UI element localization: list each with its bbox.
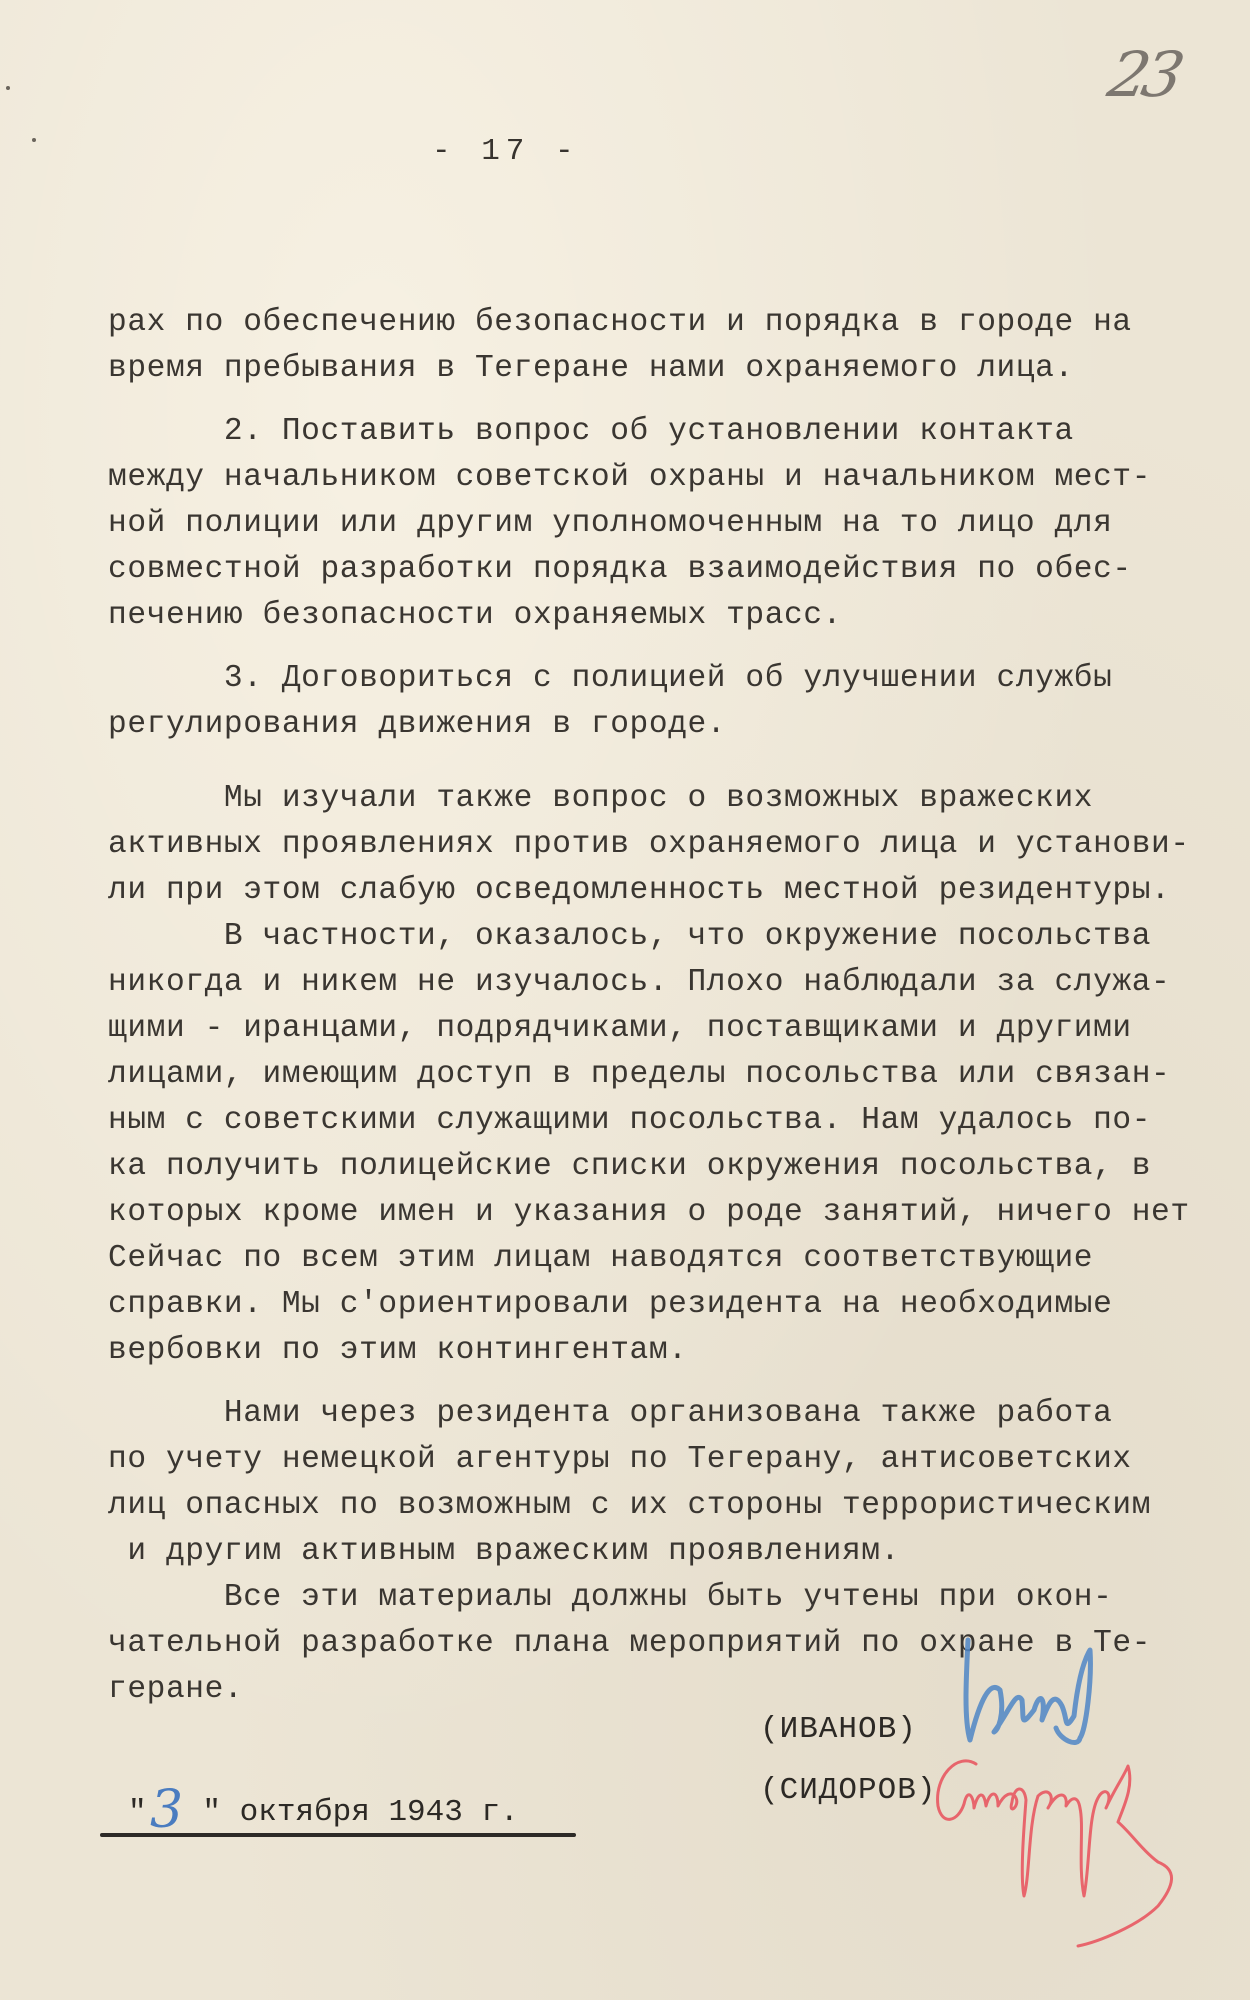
typed-name-ivanov: (ИВАНОВ) xyxy=(760,1712,917,1747)
signature-sidorov xyxy=(928,1746,1228,1936)
text-line: регулирования движения в городе. xyxy=(108,705,726,745)
date-underline xyxy=(100,1833,576,1837)
text-line: Нами через резидента организована также … xyxy=(108,1394,1112,1434)
text-line: рах по обеспечению безопасности и порядк… xyxy=(108,303,1132,343)
text-line: печению безопасности охраняемых трасс. xyxy=(108,596,842,636)
text-line: по учету немецкой агентуры по Тегерану, … xyxy=(108,1440,1132,1480)
text-line: геране. xyxy=(108,1670,243,1710)
margin-speck xyxy=(32,138,36,142)
text-line: 3. Договориться с полицией об улучшении … xyxy=(108,659,1112,699)
text-line: активных проявлениях против охраняемого … xyxy=(108,825,1190,865)
text-line: Мы изучали также вопрос о возможных враж… xyxy=(108,779,1093,819)
text-line: которых кроме имен и указания о роде зан… xyxy=(108,1193,1190,1233)
document-page: 23 - 17 - рах по обеспечению безопасност… xyxy=(0,0,1250,2000)
text-line: вербовки по этим контингентам. xyxy=(108,1331,687,1371)
text-line: Все эти материалы должны быть учтены при… xyxy=(108,1578,1112,1618)
text-line: Сейчас по всем этим лицам наводятся соот… xyxy=(108,1239,1093,1279)
text-line: ка получить полицейские списки окружения… xyxy=(108,1147,1151,1187)
text-line: ной полиции или другим уполномоченным на… xyxy=(108,504,1112,544)
text-line: между начальником советской охраны и нач… xyxy=(108,458,1151,498)
document-date: " " октября 1943 г. xyxy=(128,1795,519,1830)
text-line: 2. Поставить вопрос об установлении конт… xyxy=(108,412,1074,452)
text-line: щими - иранцами, подрядчиками, поставщик… xyxy=(108,1009,1132,1049)
text-line: совместной разработки порядка взаимодейс… xyxy=(108,550,1132,590)
text-line: В частности, оказалось, что окружение по… xyxy=(108,917,1151,957)
typed-name-sidorov: (СИДОРОВ) xyxy=(760,1773,936,1808)
text-line: ным с советскими служащими посольства. Н… xyxy=(108,1101,1151,1141)
text-line: и другим активным вражеским проявлениям. xyxy=(108,1532,900,1572)
text-line: никогда и никем не изучалось. Плохо набл… xyxy=(108,963,1170,1003)
margin-speck xyxy=(6,86,10,90)
text-line: лиц опасных по возможным с их стороны те… xyxy=(108,1486,1151,1526)
text-line: ли при этом слабую осведомленность местн… xyxy=(108,871,1170,911)
page-number: - 17 - xyxy=(432,134,580,169)
date-day-handwritten: 3 xyxy=(150,1780,183,1840)
text-line: время пребывания в Тегеране нами охраняе… xyxy=(108,349,1074,389)
archive-folio-number: 23 xyxy=(1102,38,1184,111)
text-line: справки. Мы с'ориентировали резидента на… xyxy=(108,1285,1112,1325)
signature-ivanov xyxy=(950,1620,1150,1760)
text-line: лицами, имеющим доступ в пределы посольс… xyxy=(108,1055,1170,1095)
